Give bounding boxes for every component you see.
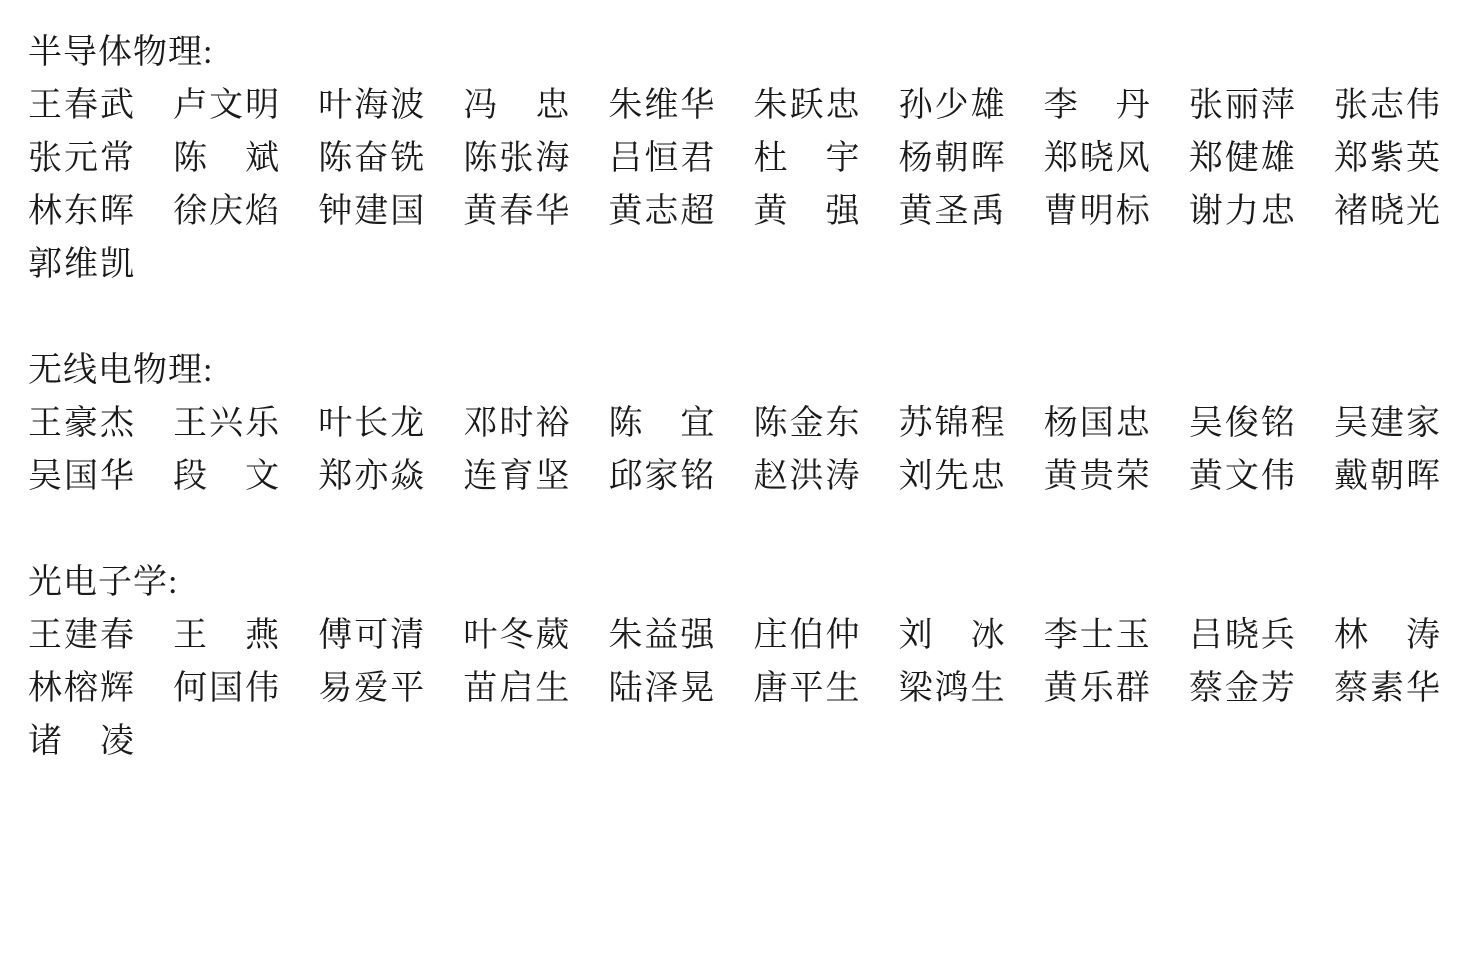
person-name: 王建春: [28, 607, 136, 656]
person-name: 杨国忠: [1044, 395, 1152, 444]
person-name: 朱跃忠: [754, 77, 862, 126]
person-name: 王 燕: [173, 607, 281, 656]
person-name: 邓时裕: [463, 395, 571, 444]
person-name: 蔡金芳: [1189, 660, 1297, 709]
section-title: 半导体物理:: [28, 22, 1442, 75]
person-name: 段 文: [173, 448, 281, 497]
person-name: 吴建家: [1334, 395, 1442, 444]
person-name: 刘 冰: [899, 607, 1007, 656]
person-name: 王豪杰: [28, 395, 136, 444]
person-name: 庄伯仲: [754, 607, 862, 656]
person-name: 李士玉: [1044, 607, 1152, 656]
person-name: 郭维凯: [28, 236, 136, 285]
person-name: 黄乐群: [1044, 660, 1152, 709]
person-name: 张丽萍: [1189, 77, 1297, 126]
name-row: 郭维凯: [28, 234, 1442, 287]
name-row: 吴国华段 文郑亦焱连育坚邱家铭赵洪涛刘先忠黄贵荣黄文伟戴朝晖: [28, 446, 1442, 499]
person-name: 叶海波: [318, 77, 426, 126]
person-name: 陆泽晃: [608, 660, 716, 709]
person-name: 张元常: [28, 130, 136, 179]
person-name: 苗启生: [463, 660, 571, 709]
person-name: 郑晓风: [1044, 130, 1152, 179]
person-name: 褚晓光: [1334, 183, 1442, 232]
person-name: 朱益强: [608, 607, 716, 656]
person-name: 郑亦焱: [318, 448, 426, 497]
person-name: 邱家铭: [608, 448, 716, 497]
person-name: 钟建国: [318, 183, 426, 232]
person-name: 吴国华: [28, 448, 136, 497]
name-row: 张元常陈 斌陈奋铣陈张海吕恒君杜 宇杨朝晖郑晓风郑健雄郑紫英: [28, 128, 1442, 181]
person-name: 杨朝晖: [899, 130, 1007, 179]
name-row: 林东晖徐庆焰钟建国黄春华黄志超黄 强黄圣禹曹明标谢力忠褚晓光: [28, 181, 1442, 234]
person-name: 赵洪涛: [754, 448, 862, 497]
specialty-section: 无线电物理:王豪杰王兴乐叶长龙邓时裕陈 宜陈金东苏锦程杨国忠吴俊铭吴建家吴国华段…: [28, 340, 1442, 499]
person-name: 戴朝晖: [1334, 448, 1442, 497]
person-name: 黄 强: [754, 183, 862, 232]
person-name: 陈 宜: [608, 395, 716, 444]
person-name: 郑紫英: [1334, 130, 1442, 179]
person-name: 陈奋铣: [318, 130, 426, 179]
person-name: 唐平生: [754, 660, 862, 709]
person-name: 易爱平: [318, 660, 426, 709]
person-name: 苏锦程: [899, 395, 1007, 444]
person-name: 吕恒君: [608, 130, 716, 179]
specialty-section: 光电子学:王建春王 燕傅可清叶冬葳朱益强庄伯仲刘 冰李士玉吕晓兵林 涛林榕辉何国…: [28, 552, 1442, 764]
person-name: 李 丹: [1044, 77, 1152, 126]
person-name: 朱维华: [608, 77, 716, 126]
person-name: 张志伟: [1334, 77, 1442, 126]
person-name: 黄圣禹: [899, 183, 1007, 232]
person-name: 陈金东: [754, 395, 862, 444]
section-title: 光电子学:: [28, 552, 1442, 605]
person-name: 傅可清: [318, 607, 426, 656]
person-name: 谢力忠: [1189, 183, 1297, 232]
person-name: 黄志超: [608, 183, 716, 232]
person-name: 林东晖: [28, 183, 136, 232]
person-name: 连育坚: [463, 448, 571, 497]
person-name: 徐庆焰: [173, 183, 281, 232]
name-row: 王豪杰王兴乐叶长龙邓时裕陈 宜陈金东苏锦程杨国忠吴俊铭吴建家: [28, 393, 1442, 446]
person-name: 冯 忠: [463, 77, 571, 126]
specialty-section: 半导体物理:王春武卢文明叶海波冯 忠朱维华朱跃忠孙少雄李 丹张丽萍张志伟张元常陈…: [28, 22, 1442, 287]
person-name: 叶冬葳: [463, 607, 571, 656]
person-name: 黄贵荣: [1044, 448, 1152, 497]
person-name: 曹明标: [1044, 183, 1152, 232]
person-name: 郑健雄: [1189, 130, 1297, 179]
section-title: 无线电物理:: [28, 340, 1442, 393]
person-name: 陈张海: [463, 130, 571, 179]
name-row: 王建春王 燕傅可清叶冬葳朱益强庄伯仲刘 冰李士玉吕晓兵林 涛: [28, 605, 1442, 658]
sections-container: 半导体物理:王春武卢文明叶海波冯 忠朱维华朱跃忠孙少雄李 丹张丽萍张志伟张元常陈…: [28, 22, 1442, 764]
person-name: 卢文明: [173, 77, 281, 126]
name-row: 王春武卢文明叶海波冯 忠朱维华朱跃忠孙少雄李 丹张丽萍张志伟: [28, 75, 1442, 128]
name-row: 诸 凌: [28, 711, 1442, 764]
person-name: 刘先忠: [899, 448, 1007, 497]
person-name: 孙少雄: [899, 77, 1007, 126]
person-name: 王春武: [28, 77, 136, 126]
person-name: 叶长龙: [318, 395, 426, 444]
name-row: 林榕辉何国伟易爱平苗启生陆泽晃唐平生梁鸿生黄乐群蔡金芳蔡素华: [28, 658, 1442, 711]
person-name: 蔡素华: [1334, 660, 1442, 709]
person-name: 王兴乐: [173, 395, 281, 444]
person-name: 黄春华: [463, 183, 571, 232]
person-name: 陈 斌: [173, 130, 281, 179]
person-name: 林 涛: [1334, 607, 1442, 656]
person-name: 杜 宇: [754, 130, 862, 179]
person-name: 黄文伟: [1189, 448, 1297, 497]
person-name: 吴俊铭: [1189, 395, 1297, 444]
person-name: 诸 凌: [28, 713, 136, 762]
person-name: 林榕辉: [28, 660, 136, 709]
person-name: 何国伟: [173, 660, 281, 709]
person-name: 吕晓兵: [1189, 607, 1297, 656]
document-page: 半导体物理:王春武卢文明叶海波冯 忠朱维华朱跃忠孙少雄李 丹张丽萍张志伟张元常陈…: [0, 0, 1478, 968]
person-name: 梁鸿生: [899, 660, 1007, 709]
